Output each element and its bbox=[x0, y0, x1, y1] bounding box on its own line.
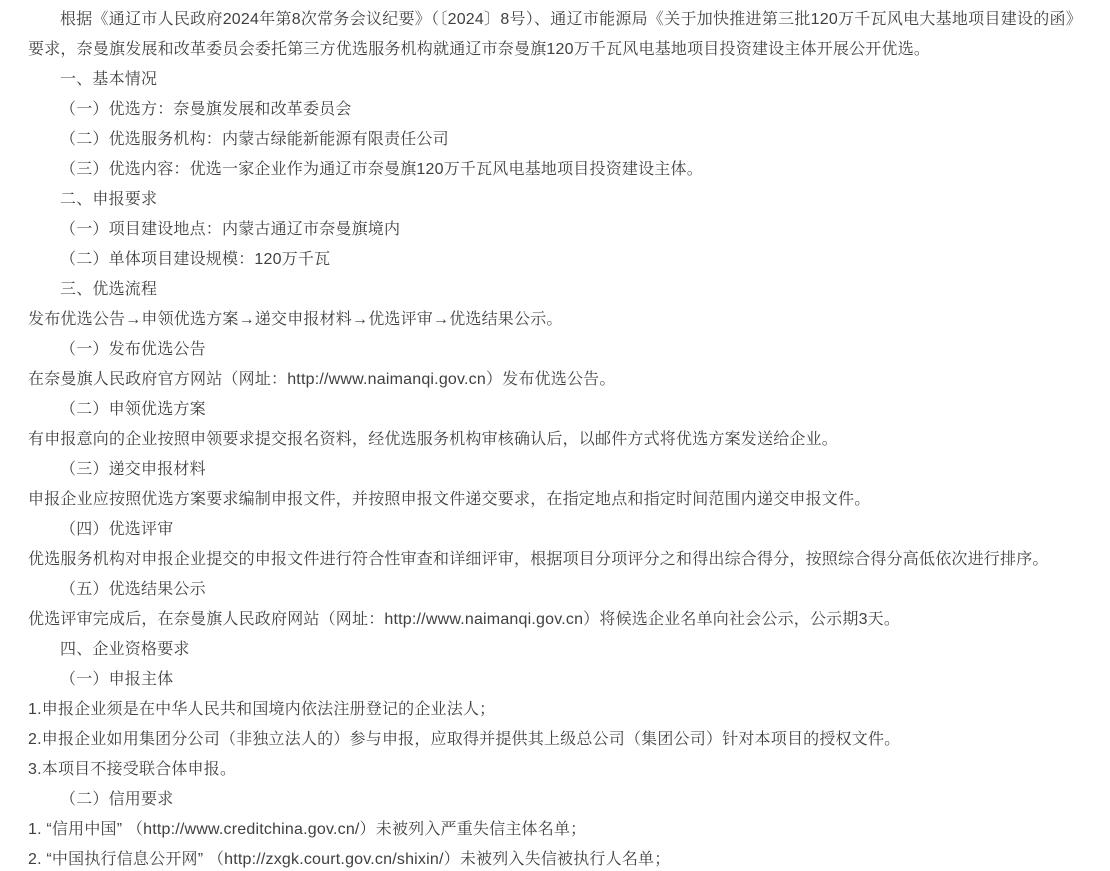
body-paragraph: 申报企业应按照优选方案要求编制申报文件，并按照申报文件递交要求，在指定地点和指定… bbox=[28, 485, 1074, 515]
section-heading: 二、申报要求 bbox=[28, 185, 1074, 215]
sub-heading: （一）发布优选公告 bbox=[28, 335, 1074, 365]
sub-heading: （二）单体项目建设规模：120万千瓦 bbox=[28, 245, 1074, 275]
sub-heading: （一）项目建设地点：内蒙古通辽市奈曼旗境内 bbox=[28, 215, 1074, 245]
body-paragraph: 2.申报企业如用集团分公司（非独立法人的）参与申报，应取得并提供其上级总公司（集… bbox=[28, 725, 1074, 755]
sub-heading: （四）优选评审 bbox=[28, 515, 1074, 545]
sub-heading: （一）申报主体 bbox=[28, 665, 1074, 695]
body-paragraph: 优选服务机构对申报企业提交的申报文件进行符合性审查和详细评审，根据项目分项评分之… bbox=[28, 545, 1074, 575]
sub-heading: （二）信用要求 bbox=[28, 785, 1074, 815]
section-heading: 三、优选流程 bbox=[28, 275, 1074, 305]
body-paragraph: 3.本项目不接受联合体申报。 bbox=[28, 755, 1074, 785]
body-paragraph: 1. “信用中国” （http://www.creditchina.gov.cn… bbox=[28, 815, 1074, 845]
sub-heading: （三）优选内容：优选一家企业作为通辽市奈曼旗120万千瓦风电基地项目投资建设主体… bbox=[28, 155, 1074, 185]
intro-paragraph: 根据《通辽市人民政府2024年第8次常务会议纪要》（〔2024〕8号）、通辽市能… bbox=[28, 5, 1074, 65]
body-paragraph: 有申报意向的企业按照申领要求提交报名资料，经优选服务机构审核确认后，以邮件方式将… bbox=[28, 425, 1074, 455]
sub-heading: （五）优选结果公示 bbox=[28, 575, 1074, 605]
sub-heading: （二）优选服务机构：内蒙古绿能新能源有限责任公司 bbox=[28, 125, 1074, 155]
section-heading: 一、基本情况 bbox=[28, 65, 1074, 95]
body-paragraph: 1.申报企业须是在中华人民共和国境内依法注册登记的企业法人； bbox=[28, 695, 1074, 725]
body-paragraph: 在奈曼旗人民政府官方网站（网址：http://www.naimanqi.gov.… bbox=[28, 365, 1074, 395]
paragraph-list: 根据《通辽市人民政府2024年第8次常务会议纪要》（〔2024〕8号）、通辽市能… bbox=[28, 5, 1074, 871]
sub-heading: （二）申领优选方案 bbox=[28, 395, 1074, 425]
sub-heading: （三）递交申报材料 bbox=[28, 455, 1074, 485]
body-paragraph: 2. “中国执行信息公开网” （http://zxgk.court.gov.cn… bbox=[28, 845, 1074, 871]
sub-heading: （一）优选方：奈曼旗发展和改革委员会 bbox=[28, 95, 1074, 125]
body-paragraph: 优选评审完成后，在奈曼旗人民政府网站（网址：http://www.naimanq… bbox=[28, 605, 1074, 635]
document-body: 根据《通辽市人民政府2024年第8次常务会议纪要》（〔2024〕8号）、通辽市能… bbox=[0, 0, 1110, 871]
body-paragraph: 发布优选公告→申领优选方案→递交申报材料→优选评审→优选结果公示。 bbox=[28, 305, 1074, 335]
section-heading: 四、企业资格要求 bbox=[28, 635, 1074, 665]
